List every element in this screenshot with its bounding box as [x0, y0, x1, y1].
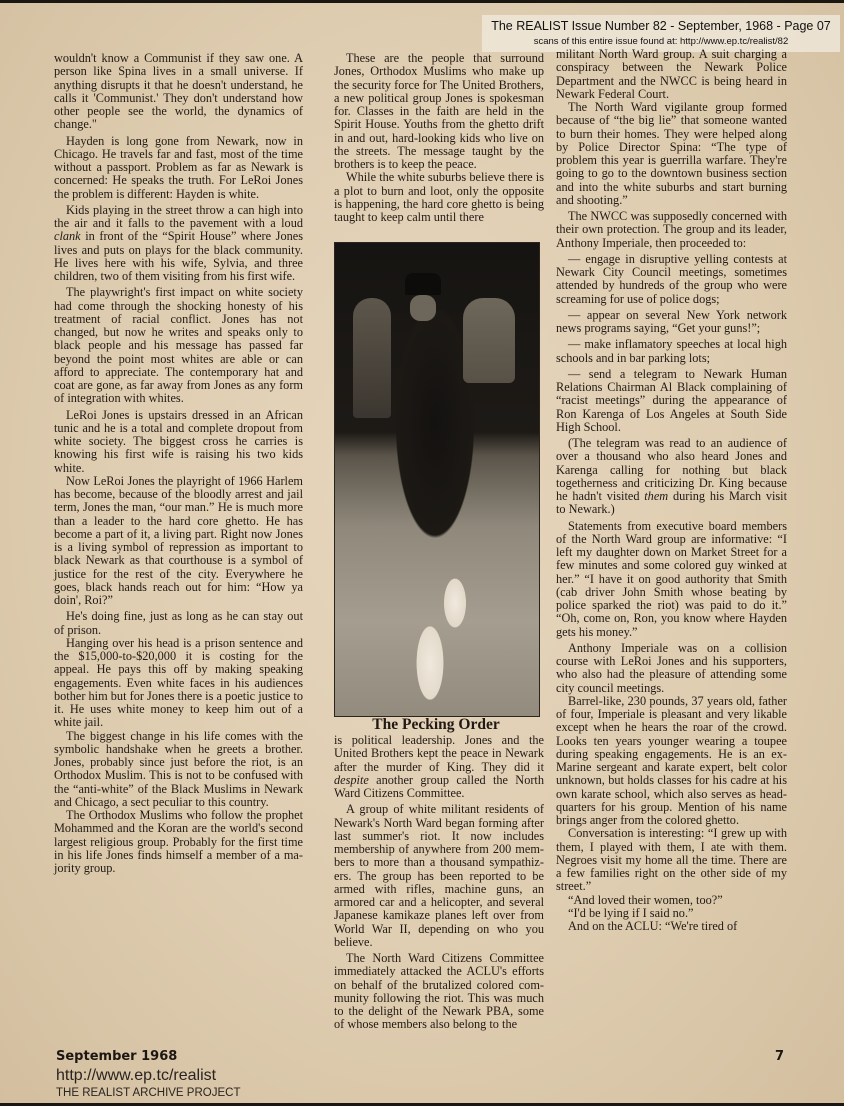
paragraph: These are the people that surround Jones…	[334, 52, 544, 171]
article-column-2-top: These are the people that surround Jones…	[334, 52, 544, 227]
paragraph: The Orthodox Muslims who follow the prop…	[54, 809, 303, 875]
paragraph: is political leadership. Jones and the U…	[334, 734, 544, 800]
paragraph: “And loved their women, too?”	[556, 894, 787, 907]
paragraph: wouldn't know a Communist if they saw on…	[54, 52, 303, 132]
italic-word: despite	[334, 773, 369, 787]
paragraph: He's doing fine, just as long as he can …	[54, 610, 303, 637]
list-item: — make inflamatory speeches at local hig…	[556, 338, 787, 365]
paragraph: And on the ACLU: “We're tired of	[556, 920, 787, 933]
article-column-2-bottom: is political leadership. Jones and the U…	[334, 734, 544, 1035]
paragraph: Hanging over his head is a prison sen­te…	[54, 637, 303, 730]
list-item: — appear on several New York net­work ne…	[556, 309, 787, 336]
paragraph: LeRoi Jones is upstairs dressed in an Af…	[54, 409, 303, 475]
archive-project-label: THE REALIST ARCHIVE PROJECT	[56, 1087, 240, 1099]
list-item: — engage in disruptive yelling contests …	[556, 253, 787, 306]
archive-banner-title: The REALIST Issue Number 82 - September,…	[482, 18, 840, 35]
paragraph: Hayden is long gone from Newark, now in …	[54, 135, 303, 201]
photo-caption: The Pecking Order	[334, 716, 538, 734]
paragraph: Kids playing in the street throw a can h…	[54, 204, 303, 284]
archive-url-link[interactable]: http://www.ep.tc/realist	[56, 1067, 216, 1085]
paragraph: The biggest change in his life comes wit…	[54, 730, 303, 810]
paragraph: The North Ward Citizens Committee immedi…	[334, 952, 544, 1032]
article-column-1: wouldn't know a Communist if they saw on…	[54, 52, 303, 878]
article-column-3: militant North Ward group. A suit charg­…	[556, 48, 787, 933]
paragraph: Statements from executive board mem­bers…	[556, 520, 787, 639]
footer-date: September 1968	[56, 1049, 177, 1064]
magazine-page: The REALIST Issue Number 82 - September,…	[0, 0, 844, 1106]
page-number: 7	[775, 1049, 784, 1064]
paragraph: militant North Ward group. A suit charg­…	[556, 48, 787, 101]
photo-police-face	[410, 295, 436, 321]
italic-word: clank	[54, 229, 81, 243]
paragraph: Barrel-like, 230 pounds, 37 years old, f…	[556, 695, 787, 828]
paragraph: Now LeRoi Jones the playright of 1966 Ha…	[54, 475, 303, 608]
list-item: — send a telegram to Newark Human Relati…	[556, 368, 787, 434]
photo-bystander-right	[463, 298, 515, 383]
paragraph: (The telegram was read to an audience of…	[556, 437, 787, 517]
photo-policeman-with-ducks	[334, 242, 540, 717]
paragraph: The playwright's first impact on white s…	[54, 286, 303, 405]
paragraph: “I'd be lying if I said no.”	[556, 907, 787, 920]
paragraph: The North Ward vigilante group formed be…	[556, 101, 787, 207]
paragraph: A group of white militant residents of N…	[334, 803, 544, 949]
photo-bystander-left	[353, 298, 391, 418]
photo-police-cap	[405, 273, 441, 295]
paragraph: Conversation is interesting: “I grew up …	[556, 827, 787, 893]
paragraph: The NWCC was supposedly concerned with t…	[556, 210, 787, 250]
paragraph: Anthony Imperiale was on a collision cou…	[556, 642, 787, 695]
italic-word: them	[644, 489, 668, 503]
paragraph: While the white suburbs believe there is…	[334, 171, 544, 224]
